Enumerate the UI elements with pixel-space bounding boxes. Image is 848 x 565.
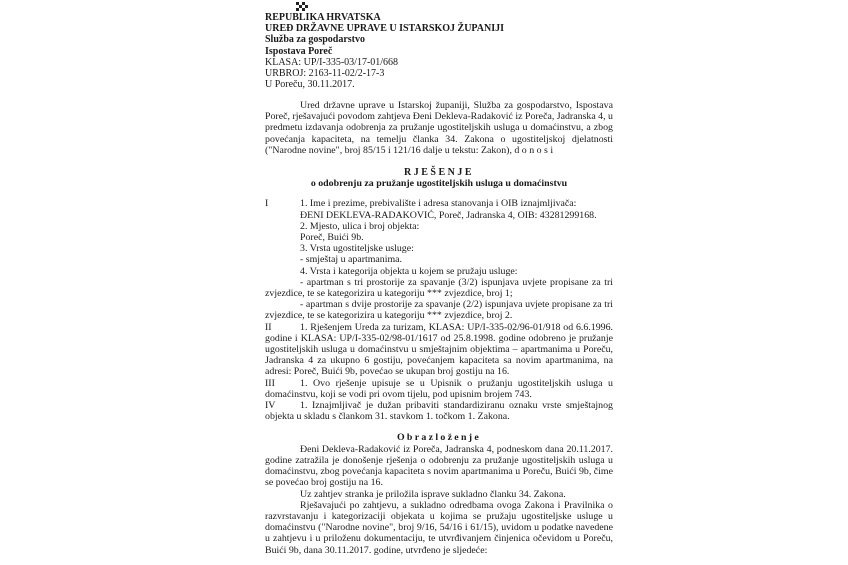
header-department: Služba za gospodarstvo	[265, 34, 504, 45]
document-header: REPUBLIKA HRVATSKA UREĐ DRŽAVNE UPRAVE U…	[265, 12, 504, 90]
decision-subtitle: o odobrenju za pružanje ugostiteljskih u…	[265, 178, 613, 189]
section-iv: IV 1. Iznajmljivač je dužan pribaviti st…	[265, 400, 613, 422]
section-numeral: I	[265, 198, 300, 276]
header-country: REPUBLIKA HRVATSKA	[265, 12, 504, 23]
section-i-line: 2. Mjesto, ulica i broj objekta:	[300, 221, 613, 232]
section-i-line: - smještaj u apartmanima.	[300, 254, 613, 265]
section-numeral: III	[265, 378, 275, 389]
decision-title: RJEŠENJE	[265, 167, 613, 178]
section-numeral: II	[265, 322, 272, 333]
section-iv-text: 1. Iznajmljivač je dužan pribaviti stand…	[265, 400, 613, 422]
section-i-line: 4. Vrsta i kategorija objekta u kojem se…	[300, 266, 613, 277]
header-place-date: U Poreču, 30.11.2017.	[265, 79, 504, 90]
section-i-line: ĐENI DEKLEVA-RADAKOVIĆ, Poreč, Jadranska…	[300, 210, 613, 221]
section-i: I 1. Ime i prezime, prebivalište i adres…	[265, 198, 613, 276]
section-iii-text: 1. Ovo rješenje upisuje se u Upisnik o p…	[265, 378, 613, 400]
header-urbroj: URBROJ: 2163-11-02/2-17-3	[265, 68, 504, 79]
section-i-line: 1. Ime i prezime, prebivalište i adresa …	[300, 198, 613, 209]
header-office: UREĐ DRŽAVNE UPRAVE U ISTARSKOJ ŽUPANIJI	[265, 23, 504, 34]
reasoning-paragraph: Đeni Dekleva-Radaković iz Poreča, Jadran…	[265, 444, 613, 489]
apartment-2-category: - apartman s dvije prostorije za spavanj…	[265, 299, 613, 321]
reasoning-paragraph: Uz zahtjev stranka je priložila isprave …	[265, 489, 613, 500]
header-klasa: KLASA: UP/I-335-03/17-01/668	[265, 57, 504, 68]
apartment-1-category: - apartman s tri prostorije za spavanje …	[265, 277, 613, 299]
reasoning-title: Obrazloženje	[265, 432, 613, 443]
intro-paragraph: Ured državne uprave u Istarskoj županiji…	[265, 100, 613, 156]
section-ii-text: 1. Rješenjem Ureda za turizam, KLASA: UP…	[265, 322, 613, 378]
coat-of-arms-icon	[296, 2, 308, 11]
document-page: REPUBLIKA HRVATSKA UREĐ DRŽAVNE UPRAVE U…	[0, 0, 848, 565]
section-numeral: IV	[265, 400, 275, 411]
section-iii: III 1. Ovo rješenje upisuje se u Upisnik…	[265, 378, 613, 400]
section-i-line: 3. Vrsta ugostiteljske usluge:	[300, 243, 613, 254]
section-i-line: Poreč, Buići 9b.	[300, 232, 613, 243]
reasoning-paragraph: Rješavajući po zahtjevu, a sukladno odre…	[265, 500, 613, 556]
header-branch: Ispostava Poreč	[265, 46, 504, 57]
section-ii: II 1. Rješenjem Ureda za turizam, KLASA:…	[265, 322, 613, 378]
document-body: Ured državne uprave u Istarskoj županiji…	[265, 100, 613, 556]
